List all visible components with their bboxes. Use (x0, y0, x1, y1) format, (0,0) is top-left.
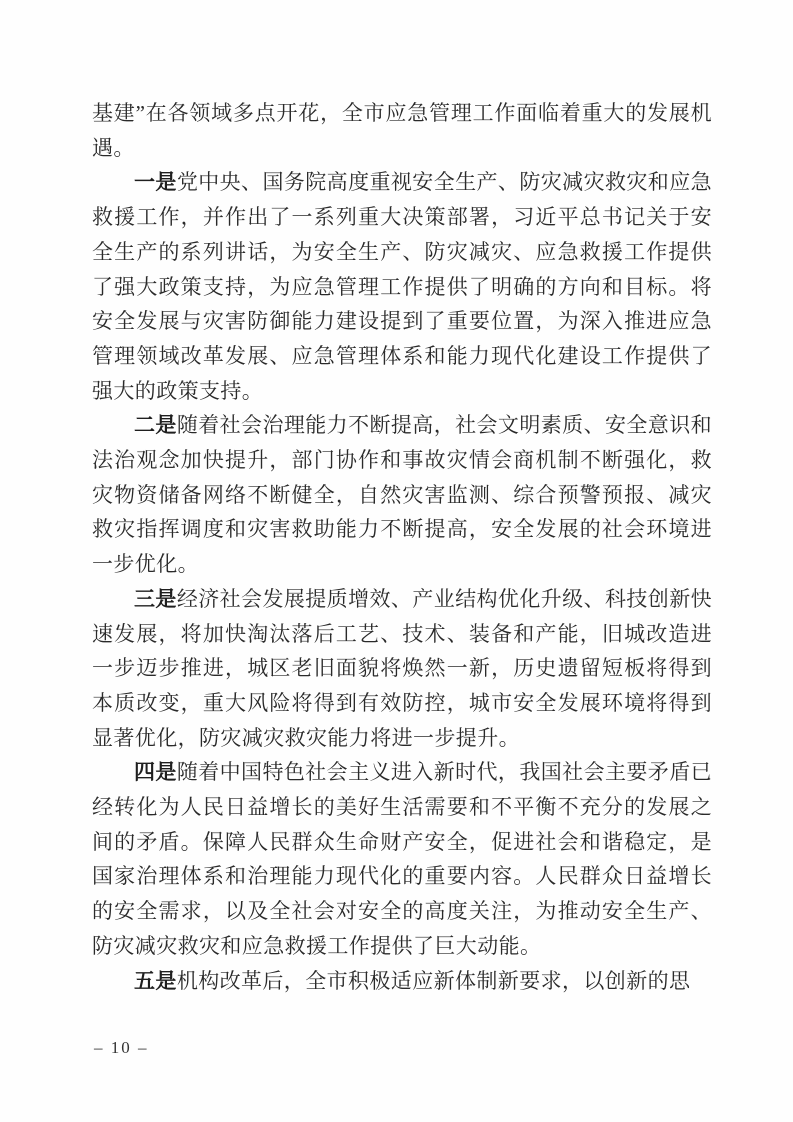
paragraph-text: 机构改革后，全市积极适应新体制新要求，以创新的思 (177, 969, 691, 993)
document-page: 基建”在各领域多点开花，全市应急管理工作面临着重大的发展机遇。 一是党中央、国务… (0, 0, 793, 1122)
paragraph-lead-emphasis: 四是 (134, 760, 177, 784)
paragraph-text: 随着中国特色社会主义进入新时代，我国社会主要矛盾已经转化为人民日益增长的美好生活… (92, 760, 712, 958)
paragraph-text: 随着社会治理能力不断提高，社会文明素质、安全意识和法治观念加快提升，部门协作和事… (92, 413, 712, 576)
paragraph: 五是机构改革后，全市积极适应新体制新要求，以创新的思 (92, 964, 712, 999)
paragraph: 基建”在各领域多点开花，全市应急管理工作面临着重大的发展机遇。 (92, 96, 712, 165)
paragraph-lead-emphasis: 五是 (134, 969, 177, 993)
paragraph-lead-emphasis: 二是 (134, 413, 177, 437)
page-number: – 10 – (94, 1038, 149, 1058)
paragraph-text: 基建”在各领域多点开花，全市应急管理工作面临着重大的发展机遇。 (92, 101, 712, 160)
paragraph-lead-emphasis: 一是 (134, 170, 177, 194)
document-body: 基建”在各领域多点开花，全市应急管理工作面临着重大的发展机遇。 一是党中央、国务… (92, 96, 712, 998)
paragraph: 一是党中央、国务院高度重视安全生产、防灾减灾救灾和应急救援工作，并作出了一系列重… (92, 165, 712, 408)
paragraph: 二是随着社会治理能力不断提高，社会文明素质、安全意识和法治观念加快提升，部门协作… (92, 408, 712, 582)
paragraph-lead-emphasis: 三是 (134, 587, 177, 611)
paragraph: 四是随着中国特色社会主义进入新时代，我国社会主要矛盾已经转化为人民日益增长的美好… (92, 755, 712, 963)
paragraph-text: 经济社会发展提质增效、产业结构优化升级、科技创新快速发展，将加快淘汰落后工艺、技… (92, 587, 712, 750)
paragraph-text: 党中央、国务院高度重视安全生产、防灾减灾救灾和应急救援工作，并作出了一系列重大决… (92, 170, 712, 402)
paragraph: 三是经济社会发展提质增效、产业结构优化升级、科技创新快速发展，将加快淘汰落后工艺… (92, 582, 712, 756)
